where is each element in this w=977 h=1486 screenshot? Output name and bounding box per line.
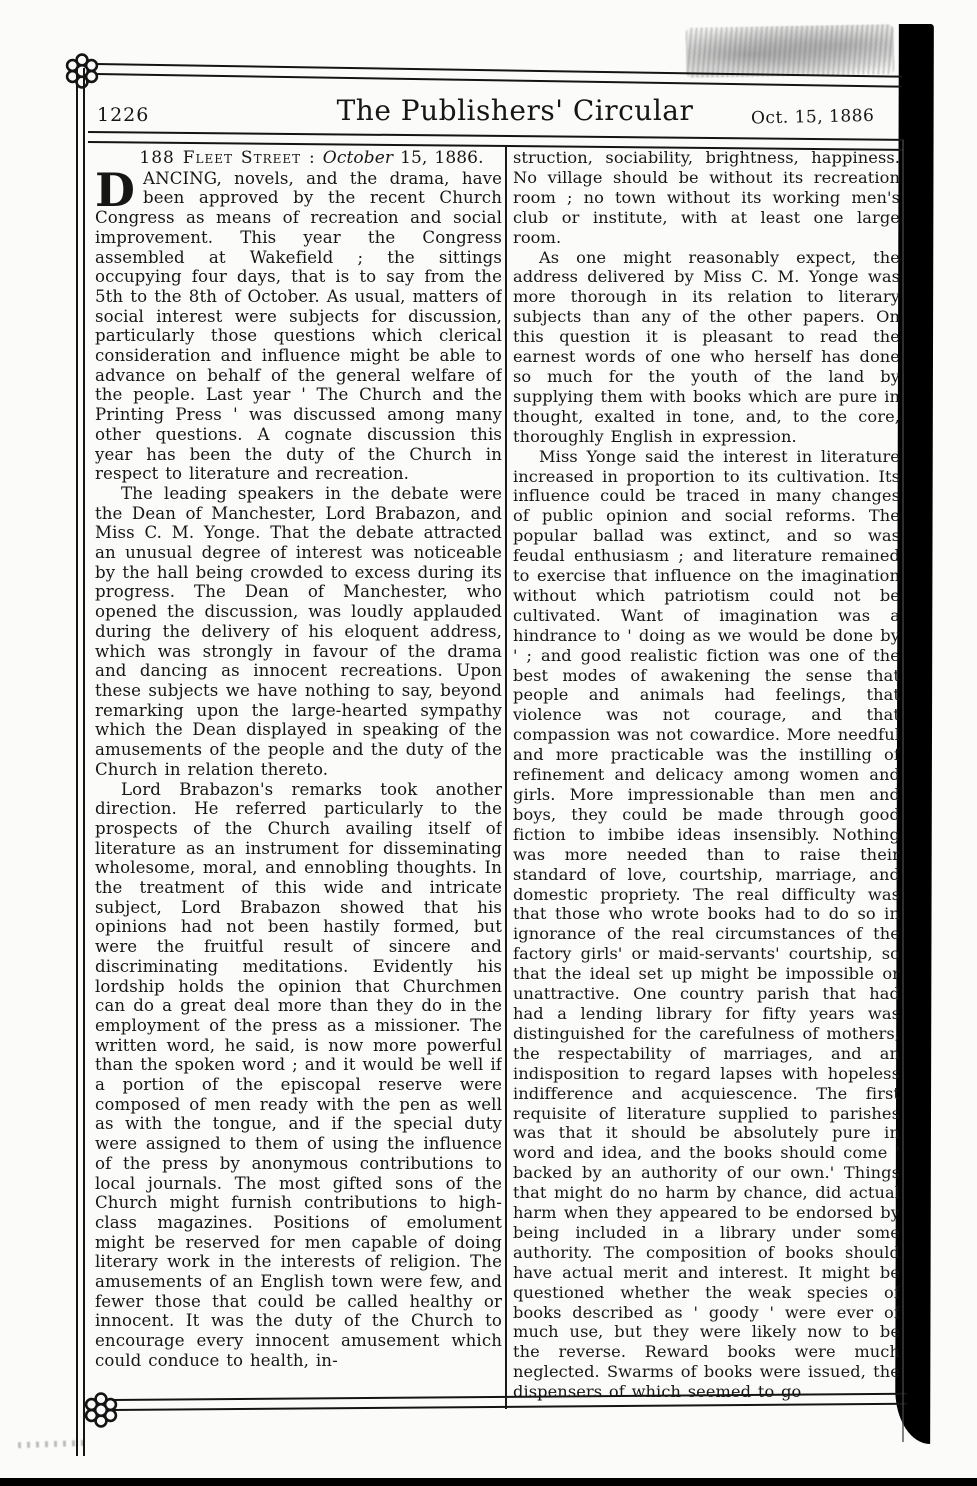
dateline-address: 188 Fleet Street : (139, 149, 315, 168)
paragraph-yonge-address: As one might reasonably expect, the addr… (513, 248, 900, 447)
paragraph-opening: DANCING, novels, and the drama, have bee… (95, 169, 502, 484)
paragraph-leading-speakers: The leading speakers in the debate were … (95, 484, 502, 780)
paragraph-lord-brabazon: Lord Brabazon's remarks took another dir… (95, 780, 502, 1371)
drop-cap-initial: D (95, 169, 143, 208)
left-text-column: 188 Fleet Street : October 15, 1886. DAN… (95, 149, 502, 1447)
right-border-rule (902, 140, 904, 1442)
page-number: 1226 (97, 104, 149, 126)
scan-bottom-edge (0, 1478, 977, 1486)
article-dateline: 188 Fleet Street : October 15, 1886. (95, 149, 502, 169)
right-text-column: struction, sociability, brightness, happ… (513, 148, 900, 1436)
book-gutter-shadow (895, 24, 934, 1444)
paragraph-yonge-speech: Miss Yonge said the interest in literatu… (513, 447, 900, 1403)
left-border-rule-outer (76, 68, 78, 1456)
issue-date: Oct. 15, 1886 (751, 106, 891, 129)
paragraph-opening-text: ANCING, novels, and the drama, have been… (95, 169, 502, 484)
dateline-month: October (316, 149, 393, 168)
column-divider-rule (505, 147, 507, 1409)
left-border-rule-inner (83, 68, 85, 1456)
journal-title: The Publishers' Circular (320, 94, 710, 127)
scanned-periodical-page: 1226 The Publishers' Circular Oct. 15, 1… (0, 0, 977, 1486)
dateline-year: 15, 1886. (393, 149, 484, 168)
paragraph-continuation: struction, sociability, brightness, happ… (513, 148, 900, 248)
scan-smudge-artifact (686, 24, 895, 78)
